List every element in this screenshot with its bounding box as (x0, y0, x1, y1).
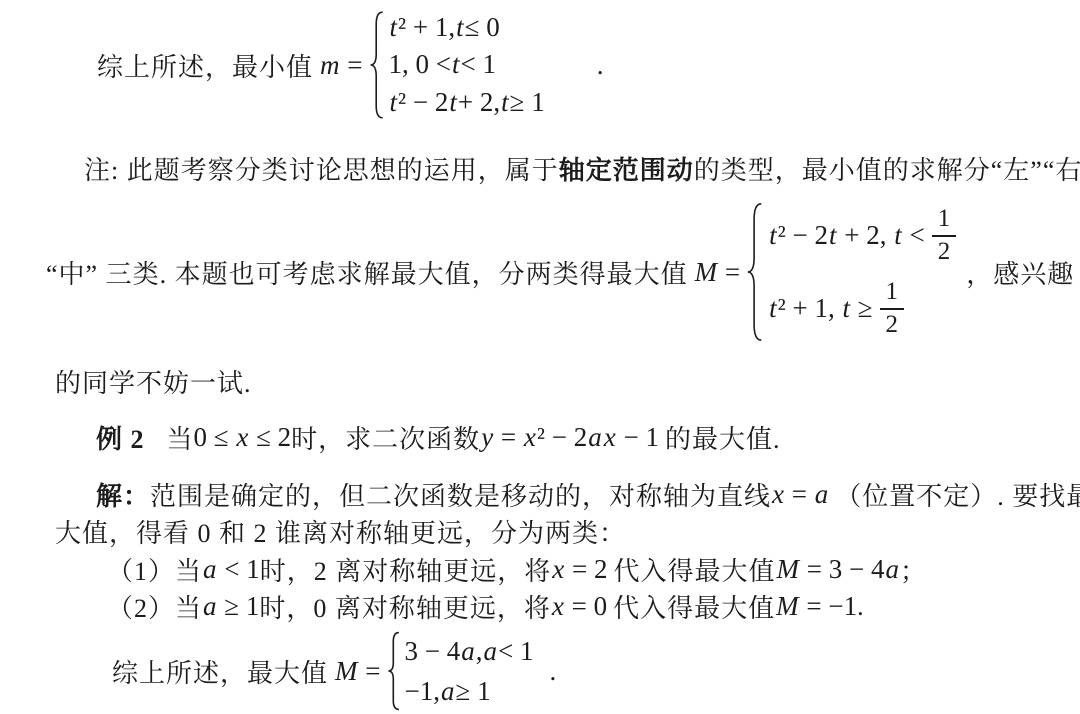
solution-pre: 范围是确定的，但二次函数是移动的，对称轴为直线 (150, 476, 771, 513)
max-case-2: t² + 1, t ≥ 1 2 (768, 278, 956, 339)
sentence-period: . (597, 50, 604, 81)
note-pre: 注: 此题考察分类讨论思想的运用，属于 (84, 150, 559, 187)
note-paragraph: 注: 此题考察分类讨论思想的运用，属于 轴定范围动 的类型，最小值的求解分“左”… (84, 150, 1080, 187)
max-cases: t² − 2t + 2, t < 1 2 t² + 1, t ≥ 1 2 (768, 199, 956, 345)
max-summary-case-1: 3 − 4a, a < 1 (405, 636, 534, 667)
note3-text: 的同学不妨一试. (55, 363, 252, 400)
cases-brace-icon (387, 631, 401, 711)
max-case-1-expr: t² − 2t + 2, t < (768, 220, 925, 251)
min-case-2: 1, 0 < t < 1 (389, 49, 545, 80)
max-summary-case-2: −1, a ≥ 1 (405, 676, 534, 707)
example2-range: 0 ≤ x ≤ 2 (194, 422, 292, 453)
example2-post: 的最大值. (665, 419, 781, 456)
case2-end: . (857, 592, 865, 622)
summary-max-formula: 综上所述，最大值 M = 3 − 4a, a < 1 −1, a ≥ 1 . (112, 628, 556, 714)
solution-line-2: 大值，得看 0 和 2 谁离对称轴更远，分为两类： (55, 513, 626, 550)
fraction-numerator: 1 (880, 278, 905, 308)
example2-pre: 当 (167, 419, 194, 456)
note-post: 的类型，最小值的求解分“左”“右” (694, 150, 1080, 187)
fraction-one-half: 1 2 (880, 278, 905, 339)
sentence-period: . (549, 656, 556, 687)
fraction-one-half: 1 2 (932, 205, 957, 266)
solution-line-1: 解： 范围是确定的，但二次函数是移动的，对称轴为直线 x = a （位置不定）.… (96, 476, 1080, 513)
case1-mid2: 代入得最大值 (613, 551, 775, 588)
example2-function: y = x² − 2ax − 1 (480, 422, 659, 453)
note-max-formula: “中” 三类. 本题也可考虑求解最大值，分两类得最大值 M = t² − 2t … (46, 198, 1074, 346)
document-page: 综上所述，最小值 m = t² + 1, t ≤ 0 1, 0 < t < 1 … (0, 0, 1080, 714)
solution-post: （位置不定）. 要找最 (835, 476, 1080, 513)
example2-label: 例 2 (96, 419, 145, 456)
example2-mid: 时，求二次函数 (291, 419, 480, 456)
case1-end: ； (900, 551, 927, 588)
fraction-numerator: 1 (932, 205, 957, 235)
max-variable: M = (694, 257, 740, 288)
min-case-1: t² + 1, t ≤ 0 (389, 12, 545, 43)
max-case-2-expr: t² + 1, t ≥ (768, 293, 872, 324)
case1-substitution: x = 2 (551, 554, 607, 585)
note2-lead: “中” 三类. 本题也可考虑求解最大值，分两类得最大值 (46, 254, 688, 291)
min-variable: m = (319, 50, 362, 81)
case2-result: M = −1 (775, 591, 857, 622)
case1-condition: a < 1 (202, 554, 260, 585)
summary-min-formula: 综上所述，最小值 m = t² + 1, t ≤ 0 1, 0 < t < 1 … (97, 6, 603, 124)
case1-pre: （1）当 (107, 551, 202, 588)
case2-substitution: x = 0 (551, 591, 607, 622)
note2-tail: ，感兴趣 (966, 254, 1074, 291)
axis-equation: x = a (771, 479, 829, 510)
max-variable: M = (334, 656, 380, 687)
case2-mid: 时，0 离对称轴更远，将 (259, 588, 551, 625)
summary-max-lead: 综上所述，最大值 (112, 653, 328, 690)
solution-label: 解： (96, 476, 150, 513)
case1-result: M = 3 − 4a (776, 554, 900, 585)
solution2-text: 大值，得看 0 和 2 谁离对称轴更远，分为两类： (55, 513, 626, 550)
fraction-denominator: 2 (932, 235, 957, 266)
cases-brace-icon (746, 201, 764, 343)
solution-case-2: （2）当 a ≥ 1 时，0 离对称轴更远，将 x = 0 代入得最大值 M =… (107, 588, 865, 625)
note-continuation: 的同学不妨一试. (55, 363, 252, 400)
case2-mid2: 代入得最大值 (613, 588, 775, 625)
fraction-denominator: 2 (880, 308, 905, 339)
case2-condition: a ≥ 1 (202, 591, 259, 622)
summary-min-lead: 综上所述，最小值 (97, 47, 313, 84)
min-cases: t² + 1, t ≤ 0 1, 0 < t < 1 t² − 2t + 2, … (389, 9, 545, 121)
case2-pre: （2）当 (107, 588, 202, 625)
cases-brace-icon (369, 10, 385, 120)
min-case-3: t² − 2t + 2, t ≥ 1 (389, 87, 545, 118)
max-summary-cases: 3 − 4a, a < 1 −1, a ≥ 1 (405, 631, 534, 711)
case1-mid: 时，2 离对称轴更远，将 (260, 551, 552, 588)
max-case-1: t² − 2t + 2, t < 1 2 (768, 205, 956, 266)
solution-case-1: （1）当 a < 1 时，2 离对称轴更远，将 x = 2 代入得最大值 M =… (107, 551, 927, 588)
note-key-term: 轴定范围动 (559, 150, 694, 187)
example2-statement: 例 2 当 0 ≤ x ≤ 2 时，求二次函数 y = x² − 2ax − 1… (96, 419, 780, 456)
